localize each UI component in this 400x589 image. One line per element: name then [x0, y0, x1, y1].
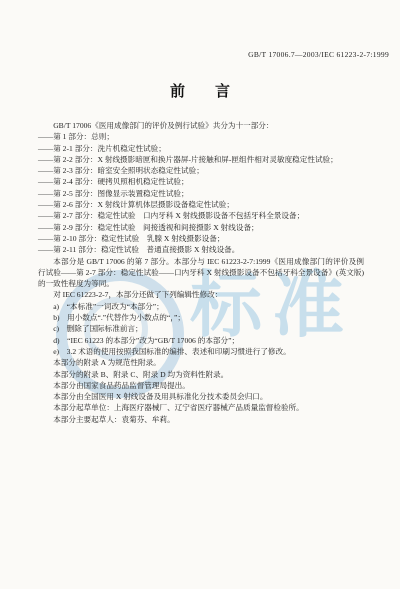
part-item: ——第 2-1 部分：洗片机稳定性试验； — [38, 143, 364, 154]
edits-intro-paragraph: 对 IEC 61223-2-7，本部分还做了下列编辑性修改： — [38, 289, 364, 300]
part-item: ——第 2-7 部分：稳定性试验 口内牙科 X 射线摄影设备不包括牙科全景设备； — [38, 210, 364, 221]
edit-item: e) 3.2 术语的使用按照我国标准的编排、表述和印刷习惯进行了修改。 — [38, 346, 364, 357]
parts-list: ——第 1 部分：总则；——第 2-1 部分：洗片机稳定性试验；——第 2-2 … — [38, 131, 364, 255]
part-item: ——第 2-2 部分：X 射线摄影暗匣和换片器屏-片接触和屏-匣组件相对灵敏度稳… — [38, 154, 364, 165]
scanned-standard-page: 标准 GB/T 17006.7—2003/IEC 61223-2-7:1999 … — [0, 0, 400, 589]
scope-note-paragraph: 本部分是 GB/T 17006 的第 7 部分。本部分与 IEC 61223-2… — [38, 256, 364, 290]
part-item: ——第 2-10 部分：稳定性试验 乳腺 X 射线摄影设备； — [38, 233, 364, 244]
foreword-document: GB/T 17006.7—2003/IEC 61223-2-7:1999 前 言… — [0, 0, 400, 589]
part-item: ——第 2-6 部分：X 射线计算机体层摄影设备稳定性试验； — [38, 199, 364, 210]
edit-item: a) “本标准”一词改为“本部分”； — [38, 301, 364, 312]
tail-paragraph: 本部分由国家食品药品监督管理局提出。 — [38, 380, 364, 391]
part-item: ——第 2-4 部分：硬拷贝照相机稳定性试验； — [38, 176, 364, 187]
edit-item: d) “IEC 61223 的本部分”改为“GB/T 17006 的本部分”； — [38, 335, 364, 346]
edits-list: a) “本标准”一词改为“本部分”；b) 用小数点“.”代替作为小数点的“，”；… — [38, 301, 364, 357]
page-title: 前 言 — [0, 80, 400, 101]
tail-paragraph: 本部分起草单位：上海医疗器械厂、辽宁省医疗器械产品质量监督检验所。 — [38, 402, 364, 413]
tail-paragraph: 本部分由全国医用 X 射线设备及用具标准化分技术委员会归口。 — [38, 391, 364, 402]
tail-paragraph: 本部分主要起草人：袁菊芬、牟莉。 — [38, 414, 364, 425]
tail-paragraph: 本部分的附录 A 为规范性附录。 — [38, 357, 364, 368]
tail-paragraph: 本部分的附录 B、附录 C、附录 D 均为资料性附录。 — [38, 369, 364, 380]
foreword-body: GB/T 17006《医用成像部门的评价及例行试验》共分为十一部分： ——第 1… — [38, 120, 364, 425]
part-item: ——第 1 部分：总则； — [38, 131, 364, 142]
standard-number: GB/T 17006.7—2003/IEC 61223-2-7:1999 — [248, 50, 389, 59]
intro-paragraph: GB/T 17006《医用成像部门的评价及例行试验》共分为十一部分： — [38, 120, 364, 131]
edit-item: b) 用小数点“.”代替作为小数点的“，”； — [38, 312, 364, 323]
part-item: ——第 2-5 部分：图像显示装置稳定性试验； — [38, 188, 364, 199]
edit-item: c) 删除了国际标准前言； — [38, 323, 364, 334]
part-item: ——第 2-11 部分：稳定性试验 普通直接摄影 X 射线设备。 — [38, 244, 364, 255]
tail-paragraphs: 本部分的附录 A 为规范性附录。本部分的附录 B、附录 C、附录 D 均为资料性… — [38, 357, 364, 425]
part-item: ——第 2-3 部分：暗室安全照明状态稳定性试验； — [38, 165, 364, 176]
part-item: ——第 2-9 部分：稳定性试验 间接透视和间接摄影 X 射线设备； — [38, 222, 364, 233]
